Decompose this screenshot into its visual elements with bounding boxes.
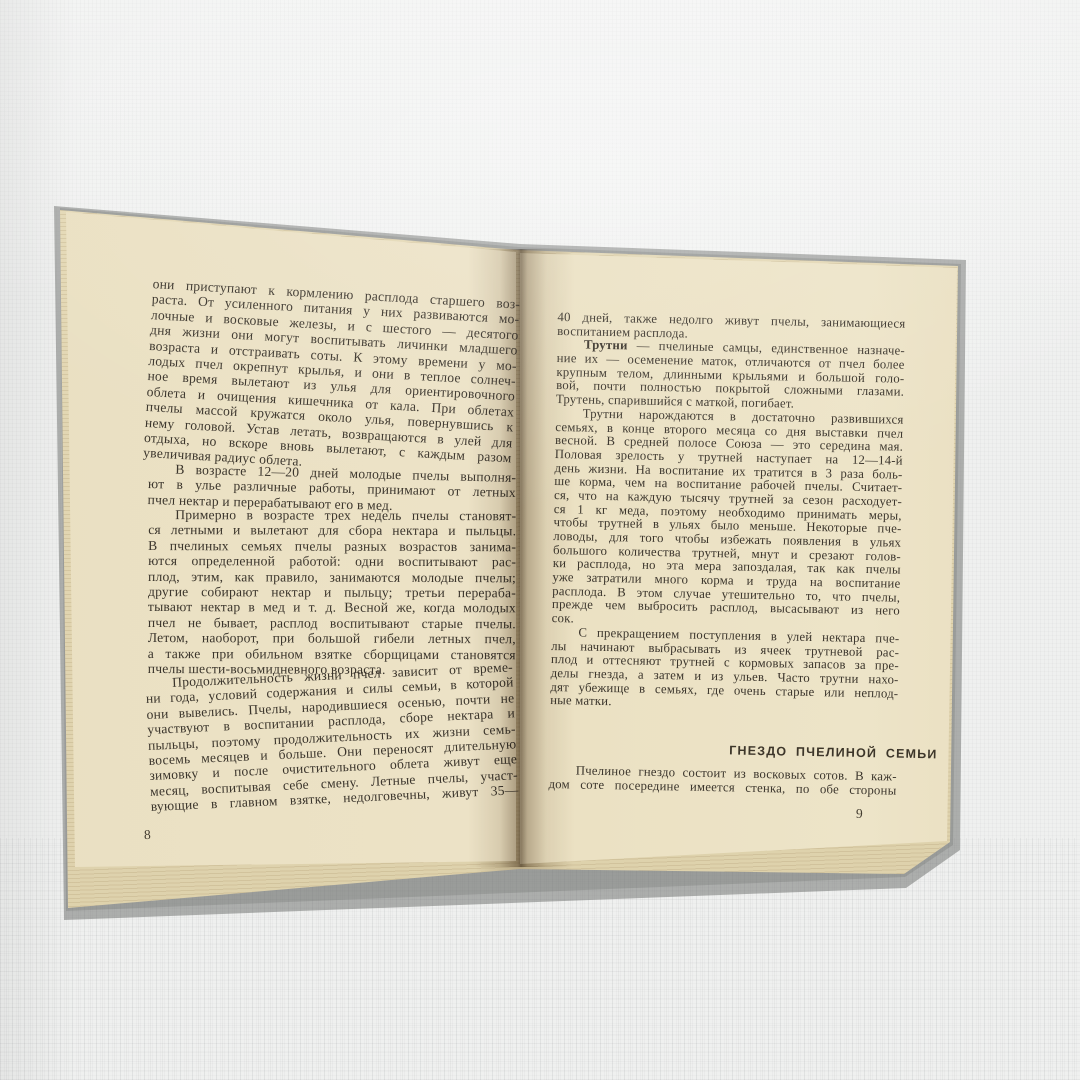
left-page-text: они приступают к кормлению расплода стар… xyxy=(148,276,516,815)
text-line: другие собирают нектар и пыльцу; третьи … xyxy=(148,584,516,601)
text-line: В пчелиных семьях пчелы разных возрастов… xyxy=(148,538,516,555)
text-line: тывают нектар в мед и т. д. Весной же, к… xyxy=(148,599,516,616)
gutter-shadow xyxy=(468,249,574,867)
right-page-body: 40 дней, также недолго живут пчелы, зани… xyxy=(550,311,906,715)
text-line: Примерно в возрасте трех недель пчелы ст… xyxy=(148,507,516,524)
text-line: Летом, наоборот, при большой гибели летн… xyxy=(148,630,516,647)
page-number-left: 8 xyxy=(144,827,151,843)
text-line: а также при обильном взятке сборщицами с… xyxy=(148,645,516,662)
text-line: пчел не бывает, расплод воспитывают стар… xyxy=(148,615,516,632)
book-photo: они приступают к кормлению расплода стар… xyxy=(0,0,1080,1080)
page-number-right: 9 xyxy=(856,806,863,822)
right-page-text: 40 дней, также недолго живут пчелы, зани… xyxy=(548,311,905,798)
text-line: ются определенной работой: одни воспитыв… xyxy=(148,553,516,570)
text-line: плод, этим, как правило, занимаются моло… xyxy=(148,568,516,585)
text-line: ся летными и вылетают для сбора нектара … xyxy=(148,522,516,539)
